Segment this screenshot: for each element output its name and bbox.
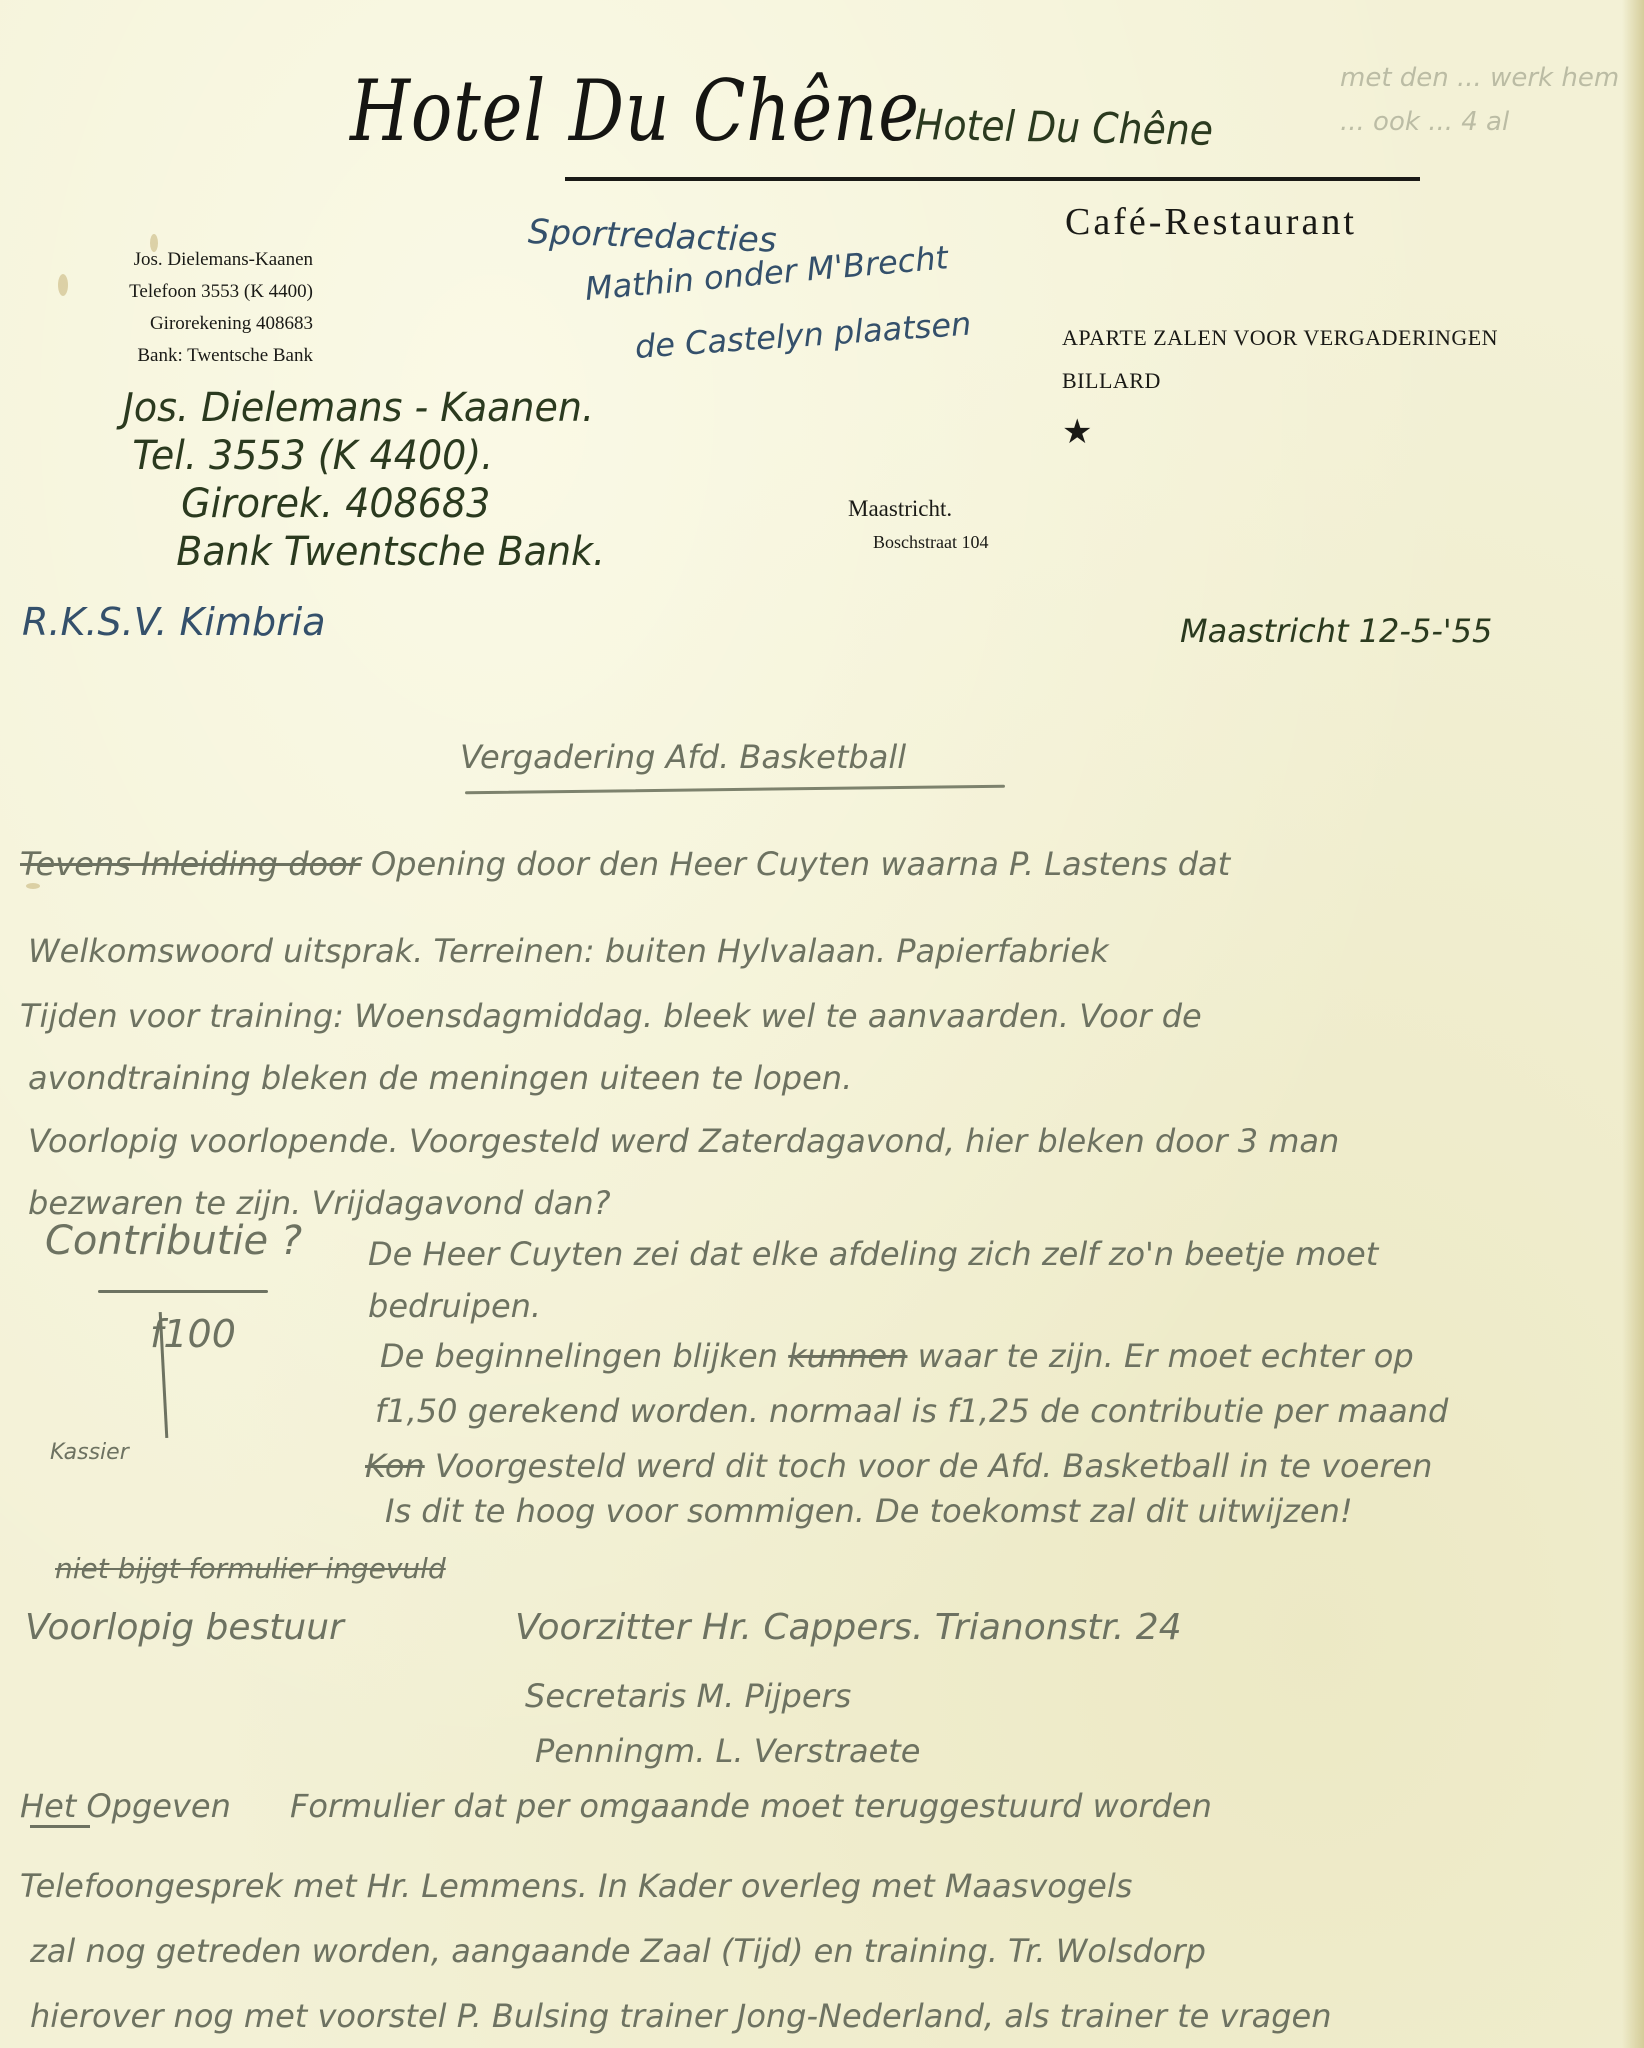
board-member: Penningm. L. Verstraete <box>535 1735 920 1767</box>
closing-line: Telefoongesprek met Hr. Lemmens. In Kade… <box>20 1870 1132 1902</box>
struck-line: niet bijgt formulier ingevuld <box>55 1555 446 1583</box>
contributie-line: De beginnelingen blijken kunnen waar te … <box>380 1340 1414 1372</box>
closing-line: hierover nog met voorstel P. Bulsing tra… <box>30 2000 1331 2032</box>
contributie-underline <box>98 1290 268 1293</box>
closing-line: Formulier dat per omgaande moet terugges… <box>290 1790 1212 1822</box>
board-member: Voorzitter Hr. Cappers. Trianonstr. 24 <box>515 1610 1182 1646</box>
closing-label-underline <box>30 1825 90 1828</box>
minutes-line: Tijden voor training: Woensdagmiddag. bl… <box>20 1000 1202 1032</box>
closing-label: Het Opgeven <box>20 1790 231 1822</box>
minutes-line: Welkomswoord uitsprak. Terreinen: buiten… <box>28 935 1109 967</box>
board-label: Voorlopig bestuur <box>25 1610 344 1646</box>
contributie-line: f1,50 gerekend worden. normaal is f1,25 … <box>375 1395 1448 1427</box>
board-member: Secretaris M. Pijpers <box>525 1680 851 1712</box>
contributie-line: De Heer Cuyten zei dat elke afdeling zic… <box>368 1238 1378 1270</box>
minutes-line: avondtraining bleken de meningen uiteen … <box>28 1062 852 1094</box>
contributie-line: bedruipen. <box>368 1290 541 1322</box>
contributie-line: Is dit te hoog voor sommigen. De toekoms… <box>385 1495 1353 1527</box>
closing-line: zal nog getreden worden, aangaande Zaal … <box>30 1935 1206 1967</box>
contributie-line: Kon Voorgesteld werd dit toch voor de Af… <box>365 1450 1432 1482</box>
minutes-line: bezwaren te zijn. Vrijdagavond dan? <box>28 1187 611 1219</box>
cashier-note: Kassier <box>50 1440 129 1465</box>
paper-edge <box>1622 0 1644 2048</box>
minutes-line: Tevens Inleiding door Opening door den H… <box>20 848 1230 880</box>
minutes-body: Tevens Inleiding door Opening door den H… <box>20 0 1620 2048</box>
contributie-label: Contributie ? <box>45 1218 302 1264</box>
minutes-line: Voorlopig voorlopende. Voorgesteld werd … <box>28 1125 1339 1157</box>
